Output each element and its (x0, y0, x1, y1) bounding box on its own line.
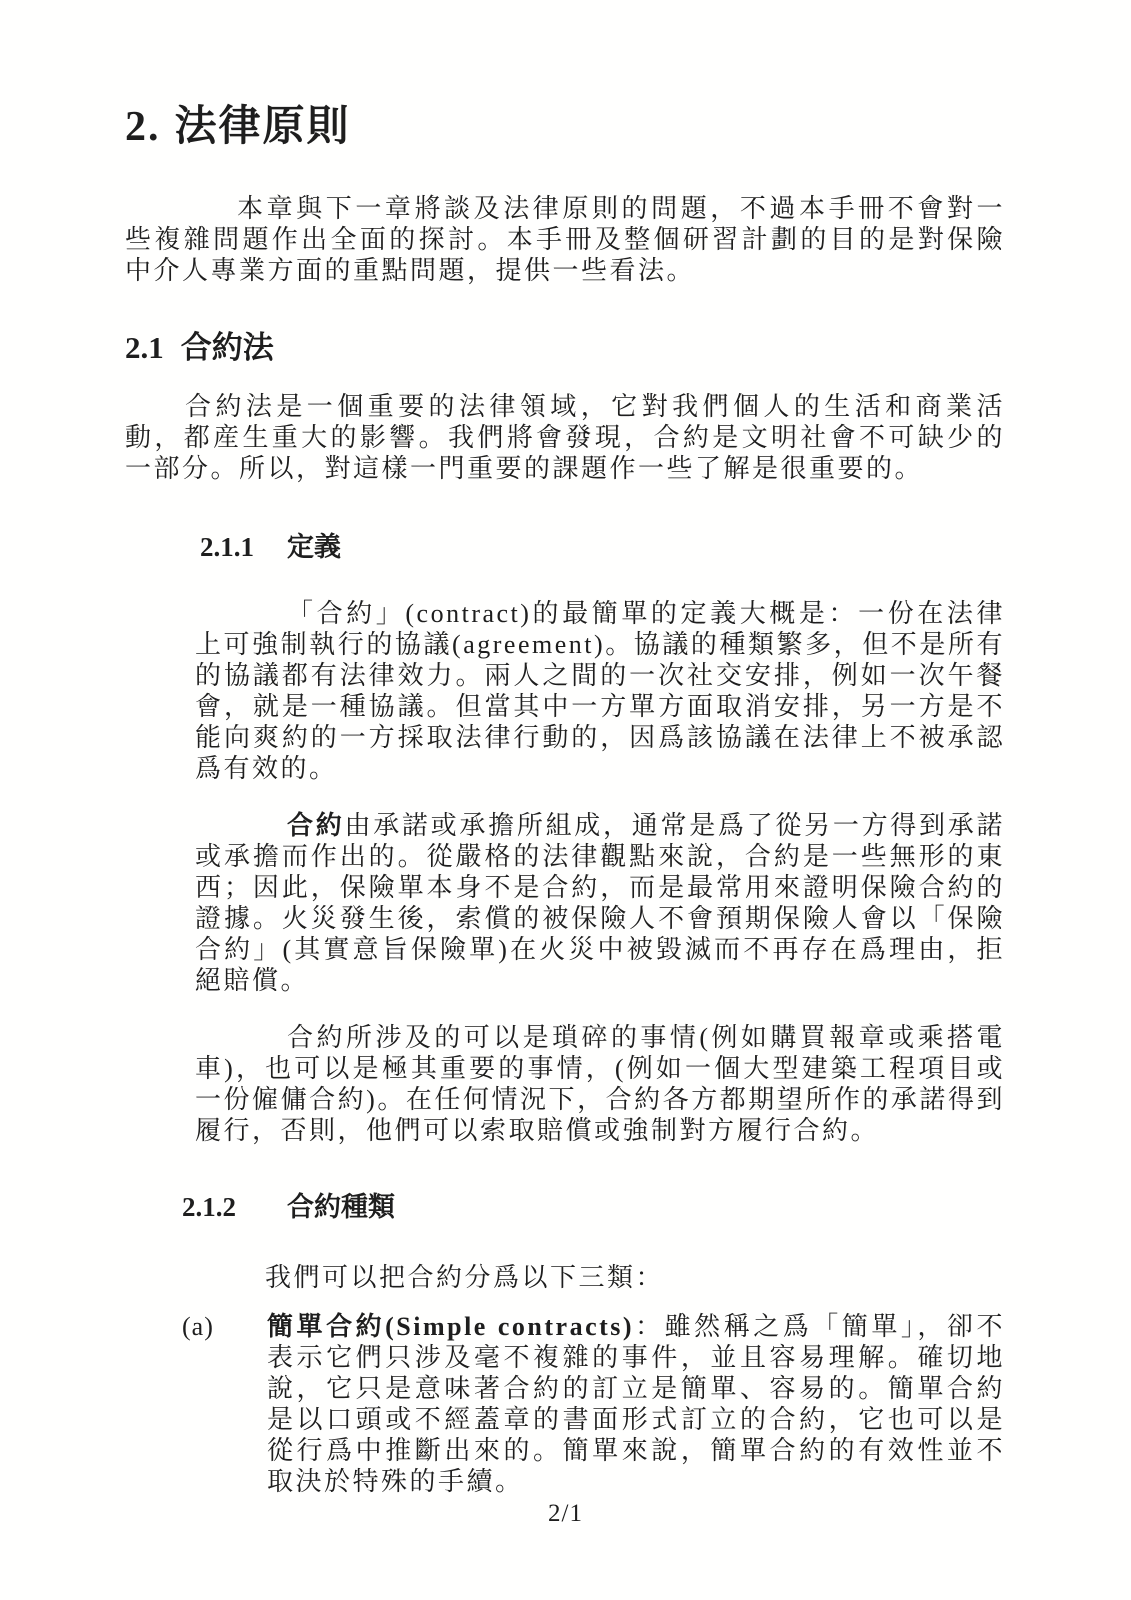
page-number: 2/1 (0, 1500, 1131, 1528)
subsection-2-1-1-number: 2.1.1 (200, 532, 287, 562)
contract-types-intro: 我們可以把合約分爲以下三類： (265, 1262, 1005, 1293)
section-2-1-heading: 2.1合約法 (125, 330, 1005, 366)
paragraph-text: 「合約」(contract)的最簡單的定義大概是：一份在法律上可強制執行的協議(… (195, 599, 1005, 783)
chapter-number: 2. (125, 104, 161, 150)
paragraph-definition-3: 合約所涉及的可以是瑣碎的事情(例如購買報章或乘搭電車)，也可以是極其重要的事情，… (195, 1022, 1005, 1146)
list-item-lead: 簡單合約(Simple contracts) (267, 1312, 634, 1341)
list-item-a: (a) 簡單合約(Simple contracts)：雖然稱之爲「簡單」，卻不表… (182, 1311, 1005, 1497)
subsection-2-1-2-title: 合約種類 (287, 1192, 395, 1222)
paragraph-definition-1: 「合約」(contract)的最簡單的定義大概是：一份在法律上可強制執行的協議(… (195, 598, 1005, 784)
subsection-2-1-1-heading: 2.1.1定義 (200, 532, 1005, 562)
subsection-2-1-2-heading: 2.1.2合約種類 (182, 1192, 1005, 1222)
section-2-1-title: 合約法 (181, 330, 274, 365)
chapter-title: 2.法律原則 (125, 103, 1005, 151)
section-2-1-paragraph: 合約法是一個重要的法律領域，它對我們個人的生活和商業活動，都産生重大的影響。我們… (125, 391, 1005, 484)
document-page: 2.法律原則 本章與下一章將談及法律原則的問題，不過本手冊不會對一些複雜問題作出… (0, 0, 1131, 1600)
paragraph-definition-2: 合約由承諾或承擔所組成，通常是爲了從另一方得到承諾或承擔而作出的。從嚴格的法律觀… (195, 810, 1005, 996)
list-item-label: (a) (182, 1311, 267, 1342)
paragraph-lead: 合約 (287, 811, 344, 840)
subsection-2-1-2-number: 2.1.2 (182, 1192, 287, 1222)
list-item-text: 簡單合約(Simple contracts)：雖然稱之爲「簡單」，卻不表示它們只… (267, 1311, 1005, 1497)
subsection-2-1-1-title: 定義 (287, 532, 341, 562)
subsection-2-1-1-body: 「合約」(contract)的最簡單的定義大概是：一份在法律上可強制執行的協議(… (125, 598, 1005, 1146)
section-2-1-number: 2.1 (125, 330, 164, 365)
intro-paragraph: 本章與下一章將談及法律原則的問題，不過本手冊不會對一些複雜問題作出全面的探討。本… (125, 193, 1005, 286)
paragraph-text: 合約所涉及的可以是瑣碎的事情(例如購買報章或乘搭電車)，也可以是極其重要的事情，… (195, 1023, 1005, 1145)
chapter-title-text: 法律原則 (175, 104, 351, 150)
